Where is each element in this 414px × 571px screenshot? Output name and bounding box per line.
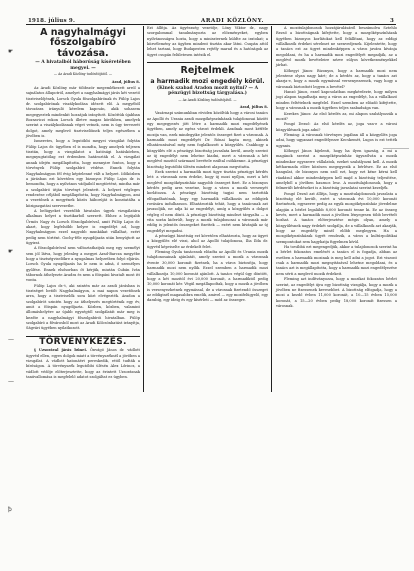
- margin-mark: ☛: [8, 48, 13, 55]
- subtitle2-mysteries: (Kinek szabad Aradon mozit nyitni? — A p…: [147, 86, 268, 97]
- paragraph: A pénzügyi bizottság ezt követően elhatá…: [147, 234, 268, 250]
- paragraph: Ezt állítja. Az ügyészség vezetője, Lóny…: [147, 26, 268, 58]
- newspaper-page: 1918. július 9. ARADI KÖZLÖNY. 3 ☛ ☛ — —…: [0, 0, 414, 571]
- margin-mark: ꝥ: [8, 506, 12, 513]
- paragraph: Fleming Gyula tanácsnok előadta az Apoll…: [147, 250, 268, 303]
- headline-mysteries: Rejtelmek: [147, 66, 268, 76]
- paragraph: Pongó Dezső: Az első kérdés az, joga van…: [276, 122, 397, 133]
- paragraph: Fleming: A városnak törvényes jogában ál…: [276, 133, 397, 149]
- paragraph: Kerekes János: Az első kérdés az, mi ala…: [276, 112, 397, 123]
- credit-farewell: — Az Aradi Közlöny tudósítójától. —: [26, 72, 140, 77]
- margin-mark: —: [8, 378, 14, 385]
- header-rule: [26, 24, 396, 25]
- paragraph: Ismeretes, hogy a legutóbbi megyei vizsg…: [26, 139, 140, 208]
- paragraph: Ha továbbá ezt megengedjük, akkor a tula…: [276, 245, 397, 277]
- paragraph: Pongó Dezső azt állítja, hogy a mozitula…: [276, 192, 397, 245]
- subtitle-mysteries: a harmadik mozi engedély körül.: [147, 78, 268, 85]
- scan-artifact: [383, 148, 409, 179]
- paragraph: Fleming azt indítványozza, hogy a mozika…: [276, 277, 397, 309]
- paragraph: Ezek szerint a harmadik mozi ügye tisztá…: [147, 170, 268, 234]
- paragraph: A belügyeket vezetőbb hivatalos ügyek vi…: [26, 209, 140, 246]
- headline-farewell: A nagyhalmágyi főszolgabíró távozása.: [26, 28, 140, 59]
- column-rule: [271, 26, 272, 392]
- paragraph: Hanzó János, ezzel kapcsolatban megkérde…: [276, 90, 397, 111]
- law-text: Önvágó János dr. vádlott ügyvéd ellen, e…: [26, 348, 140, 379]
- section-divider: [147, 62, 268, 63]
- column-1: A nagyhalmágyi főszolgabíró távozása. — …: [26, 26, 140, 380]
- paragraph: A mozitulajdonosok hozzájárulásáról besz…: [276, 26, 397, 69]
- paragraph: Vasárnapi számunkban röviden közöltük ho…: [147, 111, 268, 170]
- paragraph: Fülöp Lajos dr.-t, aki szintén már az ar…: [26, 284, 140, 332]
- paragraph: A főszolgabíróval nem változtathatjuk me…: [26, 246, 140, 283]
- paragraph: Kőhegyi János: Bizonyos, hogy a harmadik…: [276, 69, 397, 90]
- margin-mark: ☛: [8, 248, 13, 255]
- paragraph: Az Aradi Közlöny már többször megemlékez…: [26, 86, 140, 139]
- paragraph: Kőhegyi János kijelenti, hogy ha ilyen i…: [276, 149, 397, 192]
- credit-mysteries: — Az Aradi Közlöny tudósítójától. —: [147, 98, 268, 103]
- section-heading-law: TÖRVÉNYKEZÉS.: [26, 340, 140, 345]
- running-header: 1918. július 9. ARADI KÖZLÖNY. 3: [28, 14, 394, 24]
- subtitle-farewell: — A hivatalból háborúság kíséretében meg…: [26, 60, 140, 71]
- dateline-mysteries: Arad, július 8.: [147, 105, 268, 110]
- dateline-farewell: Arad, július 8.: [26, 80, 140, 85]
- margin-mark: —: [8, 336, 14, 343]
- column-3: A mozitulajdonosok hozzájárulásáról besz…: [276, 26, 397, 309]
- column-rule: [143, 26, 144, 392]
- column-2: Ezt állítja. Az ügyészség vezetője, Lóny…: [147, 26, 268, 304]
- law-lead: § Uzsorával járás bűnei.: [34, 348, 87, 352]
